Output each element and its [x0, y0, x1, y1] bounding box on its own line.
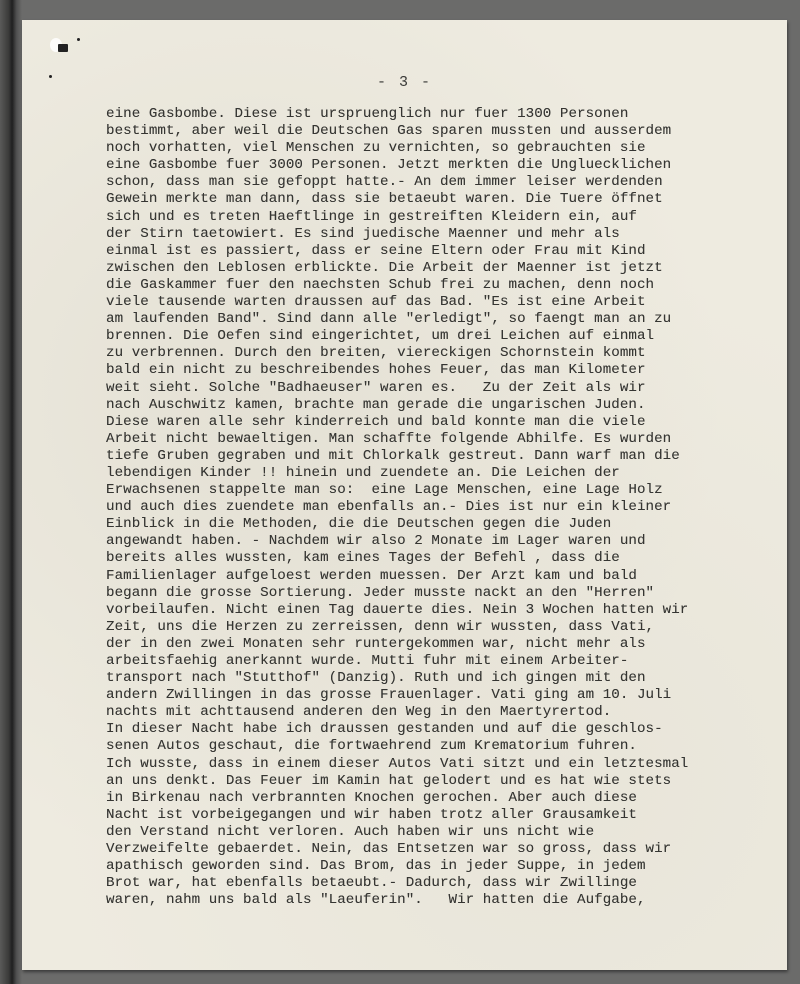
- text-line: bald ein nicht zu beschreibendes hohes F…: [106, 362, 786, 379]
- text-line: nach Auschwitz kamen, brachte man gerade…: [106, 397, 786, 414]
- text-line: viele tausende warten draussen auf das B…: [106, 294, 786, 311]
- text-line: die Gaskammer fuer den naechsten Schub f…: [106, 277, 786, 294]
- text-line: apathisch geworden sind. Das Brom, das i…: [106, 858, 786, 875]
- document-body: eine Gasbombe. Diese ist urspruenglich n…: [106, 106, 786, 909]
- text-line: eine Gasbombe fuer 3000 Personen. Jetzt …: [106, 157, 786, 174]
- text-line: am laufenden Band". Sind dann alle "erle…: [106, 311, 786, 328]
- text-line: andern Zwillingen in das grosse Frauenla…: [106, 687, 786, 704]
- text-line: den Verstand nicht verloren. Auch haben …: [106, 824, 786, 841]
- text-line: senen Autos geschaut, die fortwaehrend z…: [106, 738, 786, 755]
- text-line: der in den zwei Monaten sehr runtergekom…: [106, 636, 786, 653]
- ink-blot-mark: [58, 44, 68, 52]
- text-line: eine Gasbombe. Diese ist urspruenglich n…: [106, 106, 786, 123]
- page-number: - 3 -: [22, 74, 787, 91]
- text-line: arbeitsfaehig anerkannt wurde. Mutti fuh…: [106, 653, 786, 670]
- text-line: sich und es treten Haeftlinge in gestrei…: [106, 209, 786, 226]
- text-line: Zeit, uns die Herzen zu zerreissen, denn…: [106, 619, 786, 636]
- text-line: zu verbrennen. Durch den breiten, vierec…: [106, 345, 786, 362]
- text-line: Verzweifelte gebaerdet. Nein, das Entset…: [106, 841, 786, 858]
- text-line: einmal ist es passiert, dass er seine El…: [106, 243, 786, 260]
- text-line: noch vorhatten, viel Menschen zu vernich…: [106, 140, 786, 157]
- text-line: Ich wusste, dass in einem dieser Autos V…: [106, 756, 786, 773]
- ink-speck-mark: [77, 38, 80, 41]
- text-line: in Birkenau nach verbrannten Knochen ger…: [106, 790, 786, 807]
- text-line: an uns denkt. Das Feuer im Kamin hat gel…: [106, 773, 786, 790]
- text-line: Arbeit nicht bewaeltigen. Man schaffte f…: [106, 431, 786, 448]
- text-line: Gewein merkte man dann, dass sie betaeub…: [106, 191, 786, 208]
- text-line: zwischen den Leblosen erblickte. Die Arb…: [106, 260, 786, 277]
- text-line: und auch dies zuendete man ebenfalls an.…: [106, 499, 786, 516]
- text-line: vorbeilaufen. Nicht einen Tag dauerte di…: [106, 602, 786, 619]
- text-line: Diese waren alle sehr kinderreich und ba…: [106, 414, 786, 431]
- scanner-edge-shadow: [0, 0, 22, 984]
- text-line: schon, dass man sie gefoppt hatte.- An d…: [106, 174, 786, 191]
- text-line: Einblick in die Methoden, die die Deutsc…: [106, 516, 786, 533]
- typewritten-page: - 3 - eine Gasbombe. Diese ist ursprueng…: [22, 20, 787, 970]
- text-line: bestimmt, aber weil die Deutschen Gas sp…: [106, 123, 786, 140]
- text-line: weit sieht. Solche "Badhaeuser" waren es…: [106, 380, 786, 397]
- text-line: nachts mit achttausend anderen den Weg i…: [106, 704, 786, 721]
- text-line: Brot war, hat ebenfalls betaeubt.- Dadur…: [106, 875, 786, 892]
- text-line: der Stirn taetowiert. Es sind juedische …: [106, 226, 786, 243]
- text-line: Familienlager aufgeloest werden muessen.…: [106, 568, 786, 585]
- text-line: waren, nahm uns bald als "Laeuferin". Wi…: [106, 892, 786, 909]
- text-line: Nacht ist vorbeigegangen und wir haben t…: [106, 807, 786, 824]
- text-line: transport nach "Stutthof" (Danzig). Ruth…: [106, 670, 786, 687]
- text-line: begann die grosse Sortierung. Jeder muss…: [106, 585, 786, 602]
- text-line: lebendigen Kinder !! hinein und zuendete…: [106, 465, 786, 482]
- text-line: Erwachsenen stappelte man so: eine Lage …: [106, 482, 786, 499]
- text-line: tiefe Gruben gegraben und mit Chlorkalk …: [106, 448, 786, 465]
- text-line: brennen. Die Oefen sind eingerichtet, um…: [106, 328, 786, 345]
- text-line: In dieser Nacht habe ich draussen gestan…: [106, 721, 786, 738]
- text-line: angewandt haben. - Nachdem wir also 2 Mo…: [106, 533, 786, 550]
- text-line: bereits alles wussten, kam eines Tages d…: [106, 550, 786, 567]
